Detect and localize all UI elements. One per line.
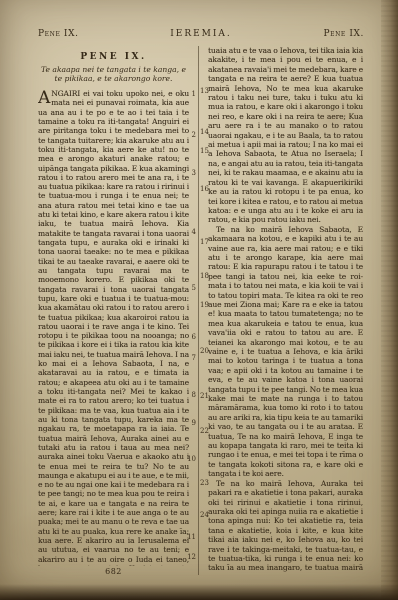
page-number: 682 (38, 567, 189, 576)
page-edge-right (381, 0, 398, 600)
verse-number: 18 (200, 272, 212, 280)
left-column-body: ANGAIRI ei vai toku upoko nei, e oku mat… (38, 89, 189, 566)
left-column-text: NGAIRI ei vai toku upoko nei, e oku mata… (38, 89, 189, 566)
verse-number: 4 (183, 228, 196, 236)
verse-number: 24 (200, 511, 212, 519)
verse-number: 20 (200, 347, 212, 355)
verse-number: 13 (200, 87, 212, 95)
verse-number: 15 (200, 147, 212, 155)
verse-number: 12 (183, 553, 196, 561)
verse-number: 17 (200, 238, 212, 246)
left-column: PENE IX. Te akaapa nei te tangata i te k… (38, 52, 189, 566)
verse-number: 23 (200, 479, 212, 487)
right-column: tuaia atu e te vaa o Iehova, tei tika ia… (208, 46, 363, 572)
running-head: Pene IX. IEREMIA. Pene IX. (38, 29, 364, 41)
book-page-photo: Pene IX. IEREMIA. Pene IX. PENE IX. Te a… (0, 0, 398, 600)
verse-number: 2 (183, 131, 196, 139)
paragraph: Te na ko mairā Iehova Sabaota, E akamaar… (208, 225, 363, 479)
verse-number: 10 (183, 455, 196, 463)
verse-number: 19 (200, 301, 212, 309)
verse-number: 9 (183, 419, 196, 427)
verse-number: 1 (183, 90, 196, 98)
verse-number: 22 (200, 427, 212, 435)
paragraph: Te na ko mairā Iehova, Auraka tei pakari… (208, 479, 363, 572)
verse-number: 16 (200, 185, 212, 193)
verse-number: 3 (183, 169, 196, 177)
verse-number: 8 (183, 391, 196, 399)
paragraph: tuaia atu e te vaa o Iehova, tei tika ia… (208, 46, 363, 225)
running-head-right: Pene IX. (323, 29, 364, 39)
chapter-heading: PENE IX. (38, 52, 189, 62)
chapter-summary: Te akaapa nei te tangata i te kanga, e t… (38, 65, 189, 83)
verse-number: 21 (200, 392, 212, 400)
verse-number: 7 (183, 354, 196, 362)
verse-number: 14 (200, 128, 212, 136)
drop-cap: A (38, 89, 51, 106)
column-divider-rule (198, 46, 199, 575)
verse-number: 6 (183, 333, 196, 341)
verse-number: 5 (183, 284, 196, 292)
page-edge-bottom (0, 584, 398, 600)
book-title: IEREMIA. (38, 29, 364, 39)
verse-number: 11 (183, 533, 196, 541)
